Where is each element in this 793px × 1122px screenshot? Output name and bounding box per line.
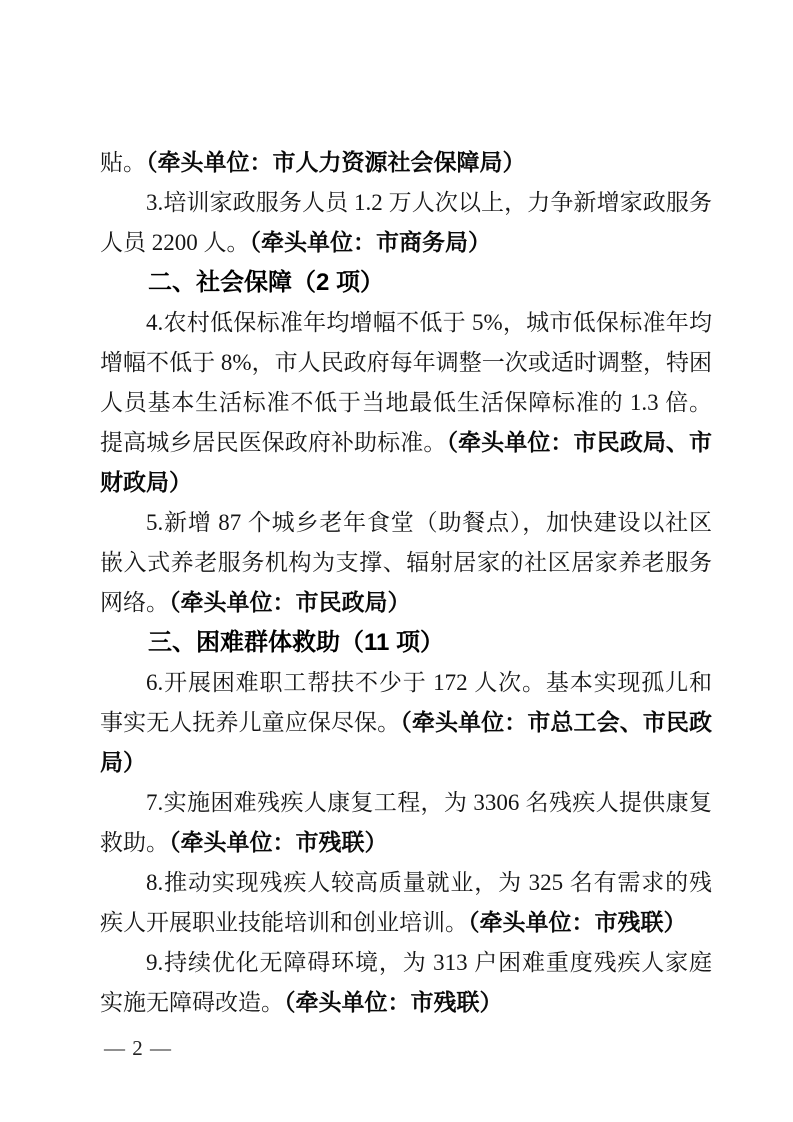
paragraph-item-9: 9.持续优化无障碍环境，为 313 户困难重度残疾人家庭实施无障碍改造。（牵头单… [100,943,712,1023]
lead-agency-label: （牵头单位：市残联） [284,990,503,1015]
paragraph-text: 贴。 [100,150,146,175]
section-heading-2: 二、社会保障（2 项） [100,263,712,303]
lead-agency-label: （牵头单位：市残联） [169,830,388,855]
paragraph-item-5: 5.新增 87 个城乡老年食堂（助餐点），加快建设以社区嵌入式养老服务机构为支撑… [100,503,712,623]
paragraph-continuation: 贴。（牵头单位：市人力资源社会保障局） [100,143,712,183]
lead-agency-label: （牵头单位：市商务局） [250,230,492,255]
paragraph-item-8: 8.推动实现残疾人较高质量就业，为 325 名有需求的残疾人开展职业技能培训和创… [100,863,712,943]
paragraph-item-6: 6.开展困难职工帮扶不少于 172 人次。基本实现孤儿和事实无人抚养儿童应保尽保… [100,663,712,783]
section-heading-3: 三、困难群体救助（11 项） [100,623,712,663]
heading-text: 二、社会保障（2 项） [148,269,384,296]
document-body: 贴。（牵头单位：市人力资源社会保障局） 3.培训家政服务人员 1.2 万人次以上… [100,143,712,1023]
heading-text: 三、困难群体救助（11 项） [148,629,444,656]
lead-agency-label: （牵头单位：市人力资源社会保障局） [146,150,526,175]
paragraph-item-4: 4.农村低保标准年均增幅不低于 5%，城市低保标准年均增幅不低于 8%，市人民政… [100,303,712,503]
page-number: — 2 — [104,1033,172,1063]
document-page: 贴。（牵头单位：市人力资源社会保障局） 3.培训家政服务人员 1.2 万人次以上… [0,0,793,1122]
lead-agency-label: （牵头单位：市残联） [468,910,687,935]
lead-agency-label: （牵头单位：市民政局） [169,590,411,615]
paragraph-item-7: 7.实施困难残疾人康复工程，为 3306 名残疾人提供康复救助。（牵头单位：市残… [100,783,712,863]
paragraph-item-3: 3.培训家政服务人员 1.2 万人次以上，力争新增家政服务人员 2200 人。（… [100,183,712,263]
